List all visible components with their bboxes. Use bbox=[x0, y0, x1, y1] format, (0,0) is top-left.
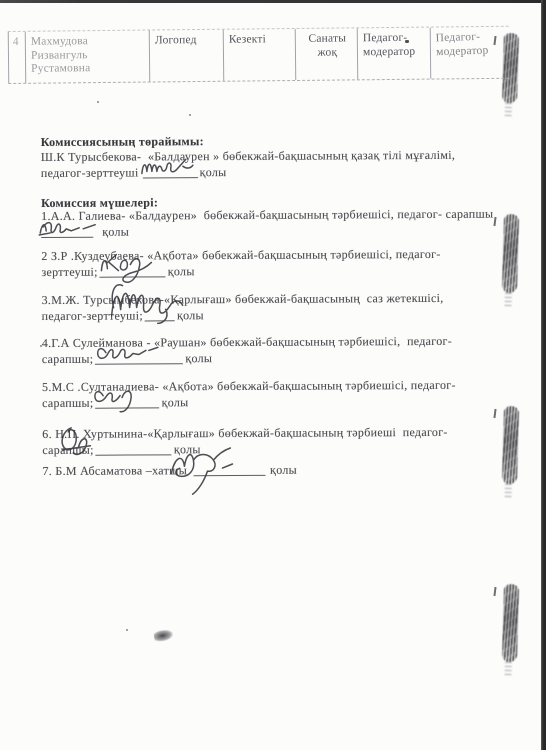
scanned-document-page: 4 Махмудова Ризвангуль Рустамовна Логопе… bbox=[0, 0, 546, 750]
member-7-signature-line: 7. Б.М Абсаматова –хатшы қолы bbox=[42, 464, 297, 478]
signature-prefix: сарапшы; bbox=[42, 353, 94, 366]
member-2-signature-line: зерттеуші; қолы bbox=[41, 265, 194, 279]
member-5-handwritten-signature bbox=[92, 385, 148, 413]
table-cell-row-number: 4 bbox=[8, 32, 26, 83]
member-7-handwritten-signature bbox=[164, 444, 238, 496]
signature-blank bbox=[96, 451, 172, 455]
member-6-description-line: 6. Н.П. Хуртынина-«Қарлығаш» бөбекжай-ба… bbox=[42, 426, 447, 441]
signature-prefix: сарапшы; bbox=[42, 397, 94, 410]
signature-suffix: қолы bbox=[102, 226, 129, 239]
signature-suffix: қолы bbox=[270, 464, 297, 477]
member-1-signature-line: қолы bbox=[41, 226, 129, 239]
document-body: Комиссиясының төрайымы: Ш.К Турысбекова-… bbox=[40, 0, 524, 750]
member-6-handwritten-signature bbox=[56, 422, 100, 456]
signature-prefix: педагог-зерттеуші bbox=[41, 166, 139, 180]
scan-right-edge-shadow bbox=[541, 0, 546, 750]
member-5-signature-line: сарапшы; қолы bbox=[42, 396, 188, 410]
member-3-signature-line: педагог-зерттеуші; қолы bbox=[42, 309, 204, 323]
member-1-handwritten-signature bbox=[37, 218, 99, 238]
signature-prefix: зерттеуші; bbox=[41, 266, 97, 279]
chairman-signature-line: педагог-зерттеуші қолы bbox=[41, 166, 227, 180]
member-4-handwritten-signature bbox=[94, 341, 160, 363]
chairman-description-line: Ш.К Турысбекова- «Балдаурен » бөбекжай-б… bbox=[41, 149, 455, 164]
member-1-description-line: 1.А.А. Галиева- «Балдаурен» бөбекжай-бақ… bbox=[41, 208, 493, 223]
signature-suffix: қолы bbox=[200, 166, 227, 179]
signature-suffix: қолы bbox=[168, 265, 195, 278]
member-3-description-line: 3.М.Ж. Турсымбекова-«Қарлығаш» бөбекжай-… bbox=[42, 292, 444, 307]
chairman-handwritten-signature bbox=[139, 156, 195, 178]
row-number: 4 bbox=[13, 36, 19, 48]
member-4-signature-line: сарапшы; қолы bbox=[42, 352, 212, 366]
signature-suffix: қолы bbox=[162, 396, 189, 409]
chairman-section-header: Комиссиясының төрайымы: bbox=[41, 135, 204, 149]
member-3-handwritten-signature bbox=[103, 279, 188, 325]
signature-suffix: қолы bbox=[185, 352, 212, 365]
